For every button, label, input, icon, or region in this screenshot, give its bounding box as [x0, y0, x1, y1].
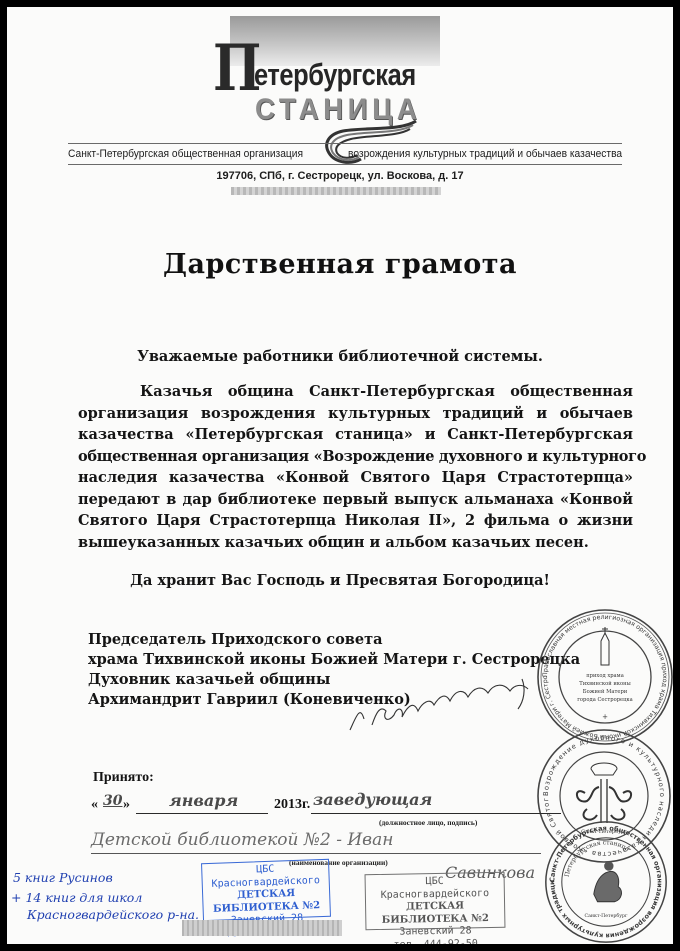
- org-name-right: возрождения культурных традиций и обычае…: [348, 148, 622, 160]
- org-name-left: Санкт-Петербургская общественная организ…: [68, 148, 303, 160]
- body-line: общественная организация «Возрождение ду…: [78, 446, 633, 468]
- body-line: казачества «Петербургская станица» и Сан…: [78, 424, 633, 446]
- parish-seal: Православная местная религиозная организ…: [535, 607, 673, 747]
- stamp-line: ЦБС Красногвардейского: [372, 875, 498, 902]
- org-address: 197706, СПб, г. Сестрорецк, ул. Воскова,…: [7, 170, 673, 182]
- body-line: вышеуказанных казачьих общин и альбом ка…: [78, 532, 633, 554]
- logo-initial: П: [213, 37, 260, 101]
- stanitsa-seal: Санкт-Петербургская общественная организ…: [539, 819, 673, 944]
- position-underline: [311, 813, 561, 814]
- month-underline: [136, 813, 268, 814]
- logo-title-line1: етербургская: [254, 59, 416, 90]
- date-year: 2013г.: [274, 797, 310, 813]
- date-day: 30: [103, 793, 122, 809]
- svg-text:Санкт-Петербург: Санкт-Петербург: [585, 912, 628, 919]
- org-handwritten: Детской библиотекой №2 - Иван: [91, 830, 393, 850]
- body-line: Святого Царя Страстотерпца Николая II», …: [78, 510, 633, 532]
- org-underline: [91, 853, 541, 854]
- document-title: Дарственная грамота: [7, 249, 673, 280]
- body-line: передают в дар библиотеке первый выпуск …: [78, 489, 633, 511]
- position-caption: (должностное лицо, подпись): [379, 818, 477, 827]
- signatory-line: храма Тихвинской иконы Божией Матери г. …: [88, 650, 580, 670]
- ribbon-icon: [321, 119, 421, 169]
- body-line: наследия казачества «Конвой Святого Царя…: [78, 467, 633, 489]
- signatory-line: Председатель Приходского совета: [88, 630, 580, 650]
- body-paragraph: Казачья община Санкт-Петербургская общес…: [78, 381, 633, 553]
- svg-text:города Сестрорецка: города Сестрорецка: [577, 697, 633, 703]
- library-stamp-blue: ЦБС Красногвардейского ДЕТСКАЯ БИБЛИОТЕК…: [201, 859, 331, 921]
- salutation: Уважаемые работники библиотечной системы…: [7, 348, 673, 365]
- date-month: января: [169, 791, 238, 810]
- library-stamp-gray: ЦБС Красногвардейского ДЕТСКАЯ БИБЛИОТЕК…: [365, 872, 506, 930]
- stamp-line: тел. 444-92-50: [373, 937, 499, 944]
- letterhead-rule-top: [68, 143, 622, 144]
- stamp-line: ДЕТСКАЯ БИБЛИОТЕКА №2: [209, 887, 324, 916]
- address-bar: [231, 187, 441, 195]
- body-line: Казачья община Санкт-Петербургская общес…: [78, 381, 633, 403]
- svg-text:Божией Матери: Божией Матери: [583, 689, 628, 695]
- body-line: организация возрождения культурных тради…: [78, 403, 633, 425]
- blessing: Да хранит Вас Господь и Пресвятая Богоро…: [7, 572, 673, 589]
- accepted-label: Принято:: [93, 770, 154, 786]
- note-line: Красногвардейского р-на.: [27, 906, 199, 923]
- svg-text:приход храма: приход храма: [586, 673, 624, 679]
- close-quote: »: [123, 797, 130, 813]
- signature: [342, 675, 542, 735]
- open-quote: «: [91, 797, 98, 813]
- svg-text:+: +: [602, 713, 608, 721]
- note-line: + 14 книг для школ: [11, 889, 142, 906]
- document-page: П етербургская СТАНИЦА Санкт-Петербургск…: [7, 7, 673, 944]
- stamp-line: ЦБС Красногвардейского: [208, 862, 323, 891]
- svg-text:Тихвинской иконы: Тихвинской иконы: [579, 681, 630, 687]
- position-handwritten: заведующая: [313, 790, 432, 809]
- note-line: 5 книг Русинов: [13, 869, 113, 886]
- svg-text:Петербургская станица: Петербургская станица: [564, 839, 631, 877]
- stamp-line: ДЕТСКАЯ БИБЛИОТЕКА №2: [372, 900, 498, 927]
- letterhead-rule-bottom: [68, 164, 622, 165]
- acceptance-date-row: « 30 » января 2013г. заведующая: [91, 795, 531, 817]
- footer-strip: [182, 920, 342, 936]
